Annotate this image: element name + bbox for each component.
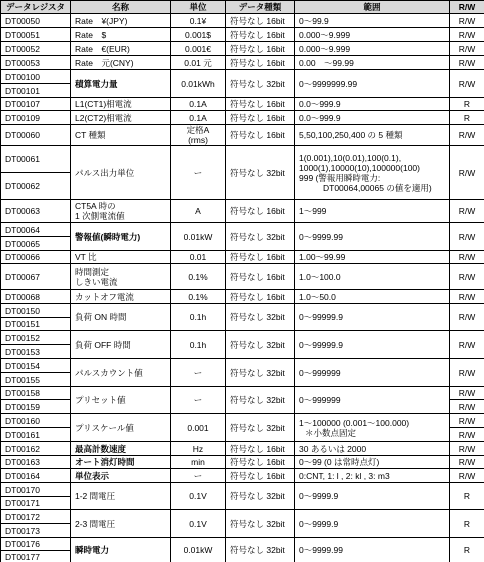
name-cell: カットオフ電流 — [71, 290, 171, 304]
register-cell: DT00053 — [1, 56, 71, 70]
type-cell: 符号なし 32bit — [226, 538, 295, 562]
unit-cell: ー — [171, 146, 226, 200]
range-cell: 0～99999.9 — [295, 304, 450, 331]
unit-cell: 0.1V — [171, 483, 226, 510]
unit-cell: 0.1h — [171, 331, 226, 359]
name-cell: Rate €(EUR) — [71, 42, 171, 56]
table-row: DT00100 積算電力量 0.01kWh 符号なし 32bit 0～99999… — [1, 70, 484, 84]
name-cell: オート消灯時間 — [71, 456, 171, 469]
register-cell: DT00064 — [1, 223, 71, 237]
register-cell: DT00100 — [1, 70, 71, 84]
table-row: DT00158 プリセット値 ー 符号なし 32bit 0～999999 R/W — [1, 387, 484, 400]
header-register: データレジスタ — [1, 1, 71, 14]
range-cell: 0～999999 — [295, 359, 450, 387]
type-cell: 符号なし 16bit — [226, 111, 295, 125]
unit-line-2: (rms) — [175, 135, 221, 145]
unit-cell: ー — [171, 359, 226, 387]
table-row: DT00172 2-3 間電圧 0.1V 符号なし 32bit 0～9999.9… — [1, 510, 484, 524]
unit-cell: 0.01kWh — [171, 70, 226, 98]
register-cell: DT00063 — [1, 200, 71, 223]
rw-cell: R/W — [450, 414, 484, 428]
unit-cell: min — [171, 456, 226, 469]
unit-cell: ー — [171, 469, 226, 483]
register-cell: DT00163 — [1, 456, 71, 469]
range-line: 1～100000 (0.001～100.000) — [299, 418, 445, 428]
rw-cell: R/W — [450, 331, 484, 359]
table-row: DT00154 パルスカウント値 ー 符号なし 32bit 0～999999 R… — [1, 359, 484, 373]
rw-cell: R — [450, 98, 484, 111]
range-cell: 0:CNT, 1: l , 2: kl , 3: m3 — [295, 469, 450, 483]
range-line: 999 (警報用瞬時電力: — [299, 173, 445, 183]
register-cell: DT00164 — [1, 469, 71, 483]
register-cell: DT00177 — [1, 551, 71, 562]
register-cell: DT00170 — [1, 483, 71, 497]
register-cell: DT00158 — [1, 387, 71, 400]
type-cell: 符号なし 32bit — [226, 331, 295, 359]
type-cell: 符号なし 16bit — [226, 98, 295, 111]
header-name: 名称 — [71, 1, 171, 14]
rw-cell: R — [450, 111, 484, 125]
unit-cell: 0.001€ — [171, 42, 226, 56]
table-row: DT00068 カットオフ電流 0.1% 符号なし 16bit 1.0～50.0… — [1, 290, 484, 304]
range-cell: 1.00～99.99 — [295, 251, 450, 264]
register-cell: DT00154 — [1, 359, 71, 373]
unit-cell: 0.001 — [171, 414, 226, 442]
unit-cell: A — [171, 200, 226, 223]
range-cell: 0.000～9.999 — [295, 42, 450, 56]
range-line: ＊小数点固定 — [299, 428, 445, 438]
name-cell: 積算電力量 — [71, 70, 171, 98]
unit-line-1: 定格A — [175, 125, 221, 135]
table-row: DT00067 時間測定 しきい電流 0.1% 符号なし 16bit 1.0～1… — [1, 264, 484, 290]
type-cell: 符号なし 32bit — [226, 483, 295, 510]
unit-cell: 0.1% — [171, 264, 226, 290]
range-cell: 0～999999 — [295, 387, 450, 414]
type-cell: 符号なし 32bit — [226, 359, 295, 387]
register-cell: DT00150 — [1, 304, 71, 318]
range-cell: 0.00 ～99.99 — [295, 56, 450, 70]
type-cell: 符号なし 32bit — [226, 223, 295, 251]
rw-cell: R/W — [450, 14, 484, 28]
type-cell: 符号なし 16bit — [226, 469, 295, 483]
name-line-1: CT5A 時の — [75, 201, 166, 211]
name-cell: L1(CT1)相電流 — [71, 98, 171, 111]
register-cell: DT00050 — [1, 14, 71, 28]
type-cell: 符号なし 16bit — [226, 264, 295, 290]
register-cell: DT00151 — [1, 318, 71, 331]
type-cell: 符号なし 16bit — [226, 28, 295, 42]
rw-cell: R/W — [450, 469, 484, 483]
range-cell: 0.0～999.9 — [295, 98, 450, 111]
unit-cell: 0.1% — [171, 290, 226, 304]
rw-cell: R/W — [450, 223, 484, 251]
range-cell: 0～9999.99 — [295, 223, 450, 251]
type-cell: 符号なし 16bit — [226, 200, 295, 223]
rw-cell: R/W — [450, 456, 484, 469]
name-cell: Rate $ — [71, 28, 171, 42]
range-cell: 1(0.001),10(0.01),100(0.1), 1000(1),1000… — [295, 146, 450, 200]
unit-cell: 0.01 — [171, 251, 226, 264]
table-row: DT00053 Rate 元(CNY) 0.01 元 符号なし 16bit 0.… — [1, 56, 484, 70]
table-row: DT00160 プリスケール値 0.001 符号なし 32bit 1～10000… — [1, 414, 484, 428]
name-cell: 負荷 ON 時間 — [71, 304, 171, 331]
range-cell: 1～999 — [295, 200, 450, 223]
register-cell: DT00173 — [1, 524, 71, 538]
rw-cell: R/W — [450, 359, 484, 387]
table-row: DT00164 単位表示 ー 符号なし 16bit 0:CNT, 1: l , … — [1, 469, 484, 483]
name-cell: CT 種類 — [71, 125, 171, 146]
table-row: DT00170 1-2 間電圧 0.1V 符号なし 32bit 0～9999.9… — [1, 483, 484, 497]
register-cell: DT00160 — [1, 414, 71, 428]
table-row: DT00060 CT 種類 定格A (rms) 符号なし 16bit 5,50,… — [1, 125, 484, 146]
range-cell: 0.000～9.999 — [295, 28, 450, 42]
unit-cell: Hz — [171, 442, 226, 456]
register-cell: DT00051 — [1, 28, 71, 42]
table-row: DT00052 Rate €(EUR) 0.001€ 符号なし 16bit 0.… — [1, 42, 484, 56]
rw-cell: R — [450, 510, 484, 538]
rw-cell: R/W — [450, 56, 484, 70]
unit-cell: 0.01kW — [171, 223, 226, 251]
unit-cell: 0.1h — [171, 304, 226, 331]
name-cell: Rate ¥(JPY) — [71, 14, 171, 28]
type-cell: 符号なし 16bit — [226, 56, 295, 70]
range-cell: 1～100000 (0.001～100.000) ＊小数点固定 — [295, 414, 450, 442]
range-cell: 0～9999.9 — [295, 510, 450, 538]
table-row: DT00063 CT5A 時の 1 次側電流値 A 符号なし 16bit 1～9… — [1, 200, 484, 223]
name-cell: L2(CT2)相電流 — [71, 111, 171, 125]
rw-cell: R/W — [450, 304, 484, 331]
table-row: DT00050 Rate ¥(JPY) 0.1¥ 符号なし 16bit 0～99… — [1, 14, 484, 28]
rw-cell: R/W — [450, 400, 484, 414]
range-cell: 0～99999.9 — [295, 331, 450, 359]
range-line: 1000(1),10000(10),100000(100) — [299, 163, 445, 173]
table-row: DT00066 VT 比 0.01 符号なし 16bit 1.00～99.99 … — [1, 251, 484, 264]
rw-cell: R/W — [450, 428, 484, 442]
unit-cell: 0.1A — [171, 111, 226, 125]
unit-cell: 0.1¥ — [171, 14, 226, 28]
range-line: DT00064,00065 の値を適用) — [299, 183, 445, 193]
name-cell: 最高計数速度 — [71, 442, 171, 456]
table-row: DT00163 オート消灯時間 min 符号なし 16bit 0～99 (0 は… — [1, 456, 484, 469]
register-cell: DT00159 — [1, 400, 71, 414]
name-cell: 単位表示 — [71, 469, 171, 483]
register-cell: DT00171 — [1, 497, 71, 510]
table-row: DT00064 警報値(瞬時電力) 0.01kW 符号なし 32bit 0～99… — [1, 223, 484, 237]
register-cell: DT00162 — [1, 442, 71, 456]
register-cell: DT00153 — [1, 345, 71, 359]
rw-cell: R/W — [450, 264, 484, 290]
name-cell: パルス出力単位 — [71, 146, 171, 200]
range-cell: 5,50,100,250,400 の 5 種類 — [295, 125, 450, 146]
header-rw: R/W — [450, 1, 484, 14]
table-row: DT00162 最高計数速度 Hz 符号なし 16bit 30 あるいは 200… — [1, 442, 484, 456]
register-cell: DT00161 — [1, 428, 71, 442]
type-cell: 符号なし 32bit — [226, 146, 295, 200]
register-cell: DT00101 — [1, 84, 71, 98]
type-cell: 符号なし 32bit — [226, 304, 295, 331]
table-row: DT00107 L1(CT1)相電流 0.1A 符号なし 16bit 0.0～9… — [1, 98, 484, 111]
range-cell: 0～9999.9 — [295, 483, 450, 510]
type-cell: 符号なし 16bit — [226, 290, 295, 304]
range-cell: 0～99.9 — [295, 14, 450, 28]
data-register-table: データレジスタ 名称 単位 データ種類 範囲 R/W DT00050 Rate … — [0, 0, 484, 562]
range-cell: 0.0～999.9 — [295, 111, 450, 125]
register-cell: DT00107 — [1, 98, 71, 111]
register-cell: DT00152 — [1, 331, 71, 345]
range-cell: 30 あるいは 2000 — [295, 442, 450, 456]
header-data-type: データ種類 — [226, 1, 295, 14]
rw-cell: R/W — [450, 146, 484, 200]
register-cell: DT00067 — [1, 264, 71, 290]
unit-cell: 定格A (rms) — [171, 125, 226, 146]
range-cell: 0～9999.99 — [295, 538, 450, 562]
rw-cell: R/W — [450, 251, 484, 264]
rw-cell: R/W — [450, 125, 484, 146]
rw-cell: R/W — [450, 290, 484, 304]
name-cell: 1-2 間電圧 — [71, 483, 171, 510]
unit-cell: 0.001$ — [171, 28, 226, 42]
name-cell: 2-3 間電圧 — [71, 510, 171, 538]
register-cell: DT00052 — [1, 42, 71, 56]
table-row: DT00176 瞬時電力 0.01kW 符号なし 32bit 0～9999.99… — [1, 538, 484, 551]
rw-cell: R/W — [450, 200, 484, 223]
register-cell: DT00068 — [1, 290, 71, 304]
name-line-1: 時間測定 — [75, 267, 166, 277]
range-cell: 1.0～100.0 — [295, 264, 450, 290]
type-cell: 符号なし 16bit — [226, 456, 295, 469]
table-header-row: データレジスタ 名称 単位 データ種類 範囲 R/W — [1, 1, 484, 14]
rw-cell: R — [450, 483, 484, 510]
type-cell: 符号なし 16bit — [226, 125, 295, 146]
register-cell: DT00060 — [1, 125, 71, 146]
type-cell: 符号なし 32bit — [226, 70, 295, 98]
register-cell: DT00066 — [1, 251, 71, 264]
type-cell: 符号なし 16bit — [226, 442, 295, 456]
table-row: DT00152 負荷 OFF 時間 0.1h 符号なし 32bit 0～9999… — [1, 331, 484, 345]
rw-cell: R/W — [450, 442, 484, 456]
register-cell: DT00176 — [1, 538, 71, 551]
rw-cell: R/W — [450, 70, 484, 98]
header-unit: 単位 — [171, 1, 226, 14]
rw-cell: R — [450, 538, 484, 562]
unit-cell: ー — [171, 387, 226, 414]
name-cell: Rate 元(CNY) — [71, 56, 171, 70]
table-row: DT00061 パルス出力単位 ー 符号なし 32bit 1(0.001),10… — [1, 146, 484, 173]
name-cell: 時間測定 しきい電流 — [71, 264, 171, 290]
rw-cell: R/W — [450, 28, 484, 42]
name-cell: プリスケール値 — [71, 414, 171, 442]
unit-cell: 0.01 元 — [171, 56, 226, 70]
unit-cell: 0.1A — [171, 98, 226, 111]
type-cell: 符号なし 16bit — [226, 42, 295, 56]
range-cell: 1.0～50.0 — [295, 290, 450, 304]
type-cell: 符号なし 32bit — [226, 414, 295, 442]
type-cell: 符号なし 16bit — [226, 251, 295, 264]
range-line: 1(0.001),10(0.01),100(0.1), — [299, 153, 445, 163]
table-row: DT00150 負荷 ON 時間 0.1h 符号なし 32bit 0～99999… — [1, 304, 484, 318]
name-line-2: しきい電流 — [75, 277, 166, 287]
rw-cell: R/W — [450, 42, 484, 56]
type-cell: 符号なし 32bit — [226, 510, 295, 538]
register-cell: DT00172 — [1, 510, 71, 524]
name-line-2: 1 次側電流値 — [75, 211, 166, 221]
rw-cell: R/W — [450, 387, 484, 400]
register-cell: DT00109 — [1, 111, 71, 125]
range-cell: 0～99 (0 は常時点灯) — [295, 456, 450, 469]
name-cell: 瞬時電力 — [71, 538, 171, 562]
name-cell: VT 比 — [71, 251, 171, 264]
register-cell: DT00155 — [1, 373, 71, 387]
register-cell: DT00065 — [1, 237, 71, 251]
type-cell: 符号なし 32bit — [226, 387, 295, 414]
register-cell: DT00062 — [1, 173, 71, 200]
unit-cell: 0.01kW — [171, 538, 226, 562]
name-cell: 負荷 OFF 時間 — [71, 331, 171, 359]
table-row: DT00109 L2(CT2)相電流 0.1A 符号なし 16bit 0.0～9… — [1, 111, 484, 125]
name-cell: パルスカウント値 — [71, 359, 171, 387]
type-cell: 符号なし 16bit — [226, 14, 295, 28]
register-cell: DT00061 — [1, 146, 71, 173]
name-cell: CT5A 時の 1 次側電流値 — [71, 200, 171, 223]
name-cell: プリセット値 — [71, 387, 171, 414]
header-range: 範囲 — [295, 1, 450, 14]
name-cell: 警報値(瞬時電力) — [71, 223, 171, 251]
table-row: DT00051 Rate $ 0.001$ 符号なし 16bit 0.000～9… — [1, 28, 484, 42]
range-cell: 0～9999999.99 — [295, 70, 450, 98]
unit-cell: 0.1V — [171, 510, 226, 538]
